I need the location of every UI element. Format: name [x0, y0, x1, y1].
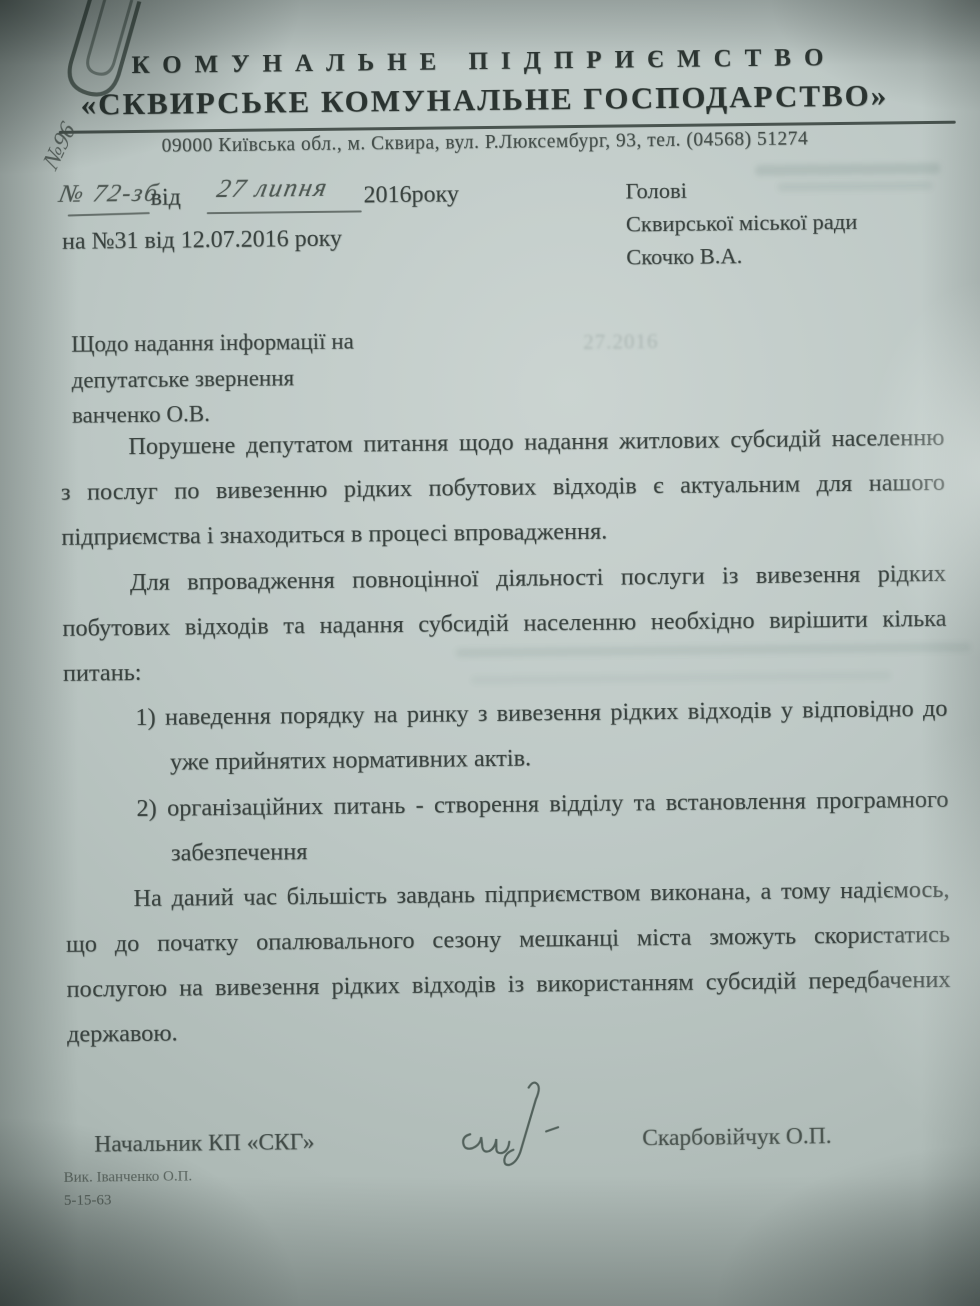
year-printed: 2016року: [363, 181, 459, 209]
subject-line: Щодо надання інформації на: [71, 324, 354, 363]
letter-body: Порушене депутатом питання щодо надання …: [60, 415, 951, 1058]
executor-note: Вик. Іванченко О.П. 5-15-63: [64, 1165, 193, 1212]
addressee-line: Сквирської міської ради: [626, 205, 858, 241]
photographed-letter: КОМУНАЛЬНЕ ПІДПРИЄМСТВО «СКВИРСЬКЕ КОМУН…: [0, 0, 980, 1306]
bleed-through-smudge: [777, 181, 932, 192]
executor-phone: 5-15-63: [64, 1188, 193, 1212]
outgoing-number-underline: [68, 212, 150, 216]
signatory-position: Начальник КП «СКГ»: [94, 1129, 314, 1158]
handwritten-margin-note: №96: [39, 117, 81, 175]
handwritten-signature: [434, 1077, 615, 1179]
outgoing-number-handwritten: № 72-зб: [57, 180, 162, 209]
subject-line: депутатське звернення: [71, 359, 354, 398]
signatory-name: Скарбовійчук О.П.: [642, 1123, 832, 1152]
incoming-reference-line: на №31 від 12.07.2016 року: [62, 226, 342, 256]
date-handwritten: 27 липня: [214, 173, 331, 204]
word-vid: від: [150, 184, 181, 211]
date-underline: [207, 210, 362, 214]
document-page: КОМУНАЛЬНЕ ПІДПРИЄМСТВО «СКВИРСЬКЕ КОМУН…: [0, 0, 980, 1306]
bleed-through-date: 27.2016: [583, 329, 659, 355]
bleed-through-smudge: [755, 163, 940, 176]
executor-name: Вик. Іванченко О.П.: [64, 1165, 193, 1189]
addressee-line: Скочко В.А.: [626, 238, 858, 274]
body-line: державою.: [67, 1002, 951, 1057]
subject-block: Щодо надання інформації на депутатське з…: [71, 324, 355, 434]
